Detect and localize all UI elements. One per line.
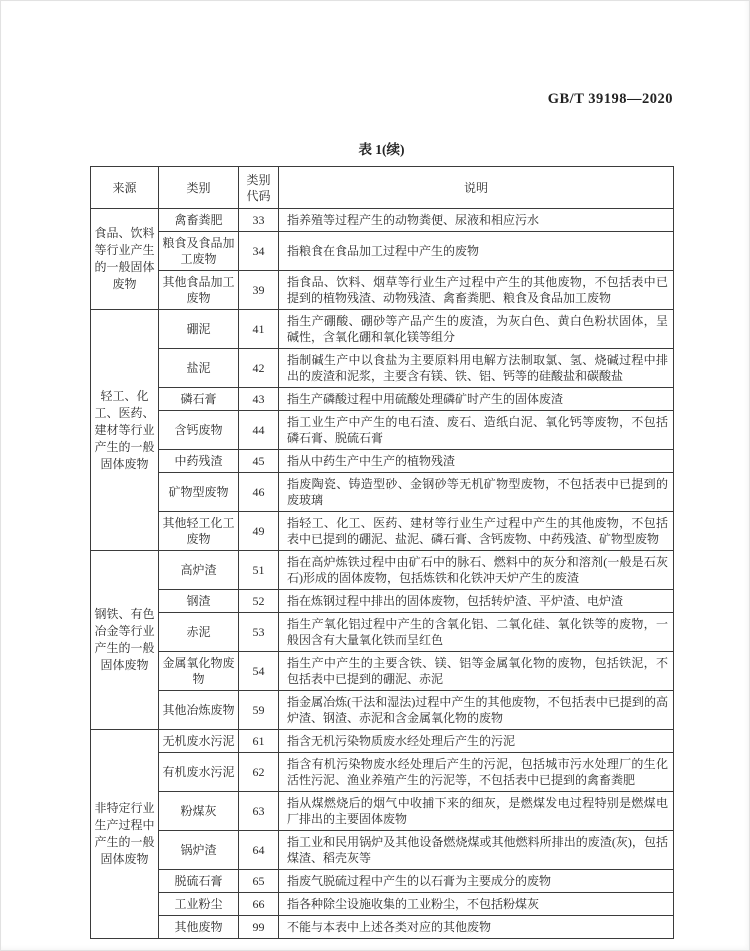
table-row: 其他冶炼废物59指金属冶炼(干法和湿法)过程中产生的其他废物，不包括表中已提到的… — [91, 691, 674, 730]
category-cell: 工业粉尘 — [159, 893, 239, 916]
table-row: 有机废水污泥62指含有机污染物废水经处理后产生的污泥，包括城市污水处理厂的生化活… — [91, 753, 674, 792]
category-cell: 禽畜粪肥 — [159, 209, 239, 232]
category-cell: 锅炉渣 — [159, 831, 239, 870]
code-cell: 52 — [239, 590, 279, 613]
desc-cell: 指含无机污染物质废水经处理后产生的污泥 — [279, 730, 674, 753]
table-row: 工业粉尘66指各种除尘设施收集的工业粉尘，不包括粉煤灰 — [91, 893, 674, 916]
table-row: 轻工、化工、医药、建材等行业产生的一般固体废物硼泥41指生产硼酸、硼砂等产品产生… — [91, 310, 674, 349]
code-cell: 34 — [239, 232, 279, 271]
desc-cell: 不能与本表中上述各类对应的其他废物 — [279, 916, 674, 939]
category-cell: 金属氧化物废物 — [159, 652, 239, 691]
column-header-source: 来源 — [91, 167, 159, 209]
source-cell: 钢铁、有色冶金等行业产生的一般固体废物 — [91, 551, 159, 730]
category-cell: 盐泥 — [159, 349, 239, 388]
code-cell: 64 — [239, 831, 279, 870]
desc-cell: 指食品、饮料、烟草等行业生产过程中产生的其他废物，不包括表中已提到的植物残渣、动… — [279, 271, 674, 310]
document-page: GB/T 39198—2020 表 1(续) 来源 类别 类别 代码 说明 食品… — [0, 0, 750, 951]
category-cell: 磷石膏 — [159, 388, 239, 411]
code-cell: 41 — [239, 310, 279, 349]
desc-cell: 指工业生产中产生的电石渣、废石、造纸白泥、氧化钙等废物，不包括磷石膏、脱硫石膏 — [279, 411, 674, 450]
desc-cell: 指轻工、化工、医药、建材等行业生产过程中产生的其他废物，不包括表中已提到的硼泥、… — [279, 512, 674, 551]
category-cell: 其他废物 — [159, 916, 239, 939]
category-cell: 无机废水污泥 — [159, 730, 239, 753]
table-row: 金属氧化物废物54指生产中产生的主要含铁、镁、铝等金属氧化物的废物，包括铁泥，不… — [91, 652, 674, 691]
category-cell: 其他食品加工废物 — [159, 271, 239, 310]
desc-cell: 指生产氧化铝过程中产生的含氧化铝、二氧化硅、氧化铁等的废物，一般因含有大量氧化铁… — [279, 613, 674, 652]
desc-cell: 指粮食在食品加工过程中产生的废物 — [279, 232, 674, 271]
table-row: 食品、饮料等行业产生的一般固体废物禽畜粪肥33指养殖等过程产生的动物粪便、尿液和… — [91, 209, 674, 232]
source-cell: 非特定行业生产过程中产生的一般固体废物 — [91, 730, 159, 939]
table-row: 钢铁、有色冶金等行业产生的一般固体废物高炉渣51指在高炉炼铁过程中由矿石中的脉石… — [91, 551, 674, 590]
standard-number: GB/T 39198—2020 — [90, 91, 673, 108]
category-cell: 其他冶炼废物 — [159, 691, 239, 730]
desc-cell: 指生产中产生的主要含铁、镁、铝等金属氧化物的废物，包括铁泥，不包括表中已提到的硼… — [279, 652, 674, 691]
code-cell: 46 — [239, 473, 279, 512]
source-cell: 食品、饮料等行业产生的一般固体废物 — [91, 209, 159, 310]
code-cell: 62 — [239, 753, 279, 792]
desc-cell: 指工业和民用锅炉及其他设备燃烧煤或其他燃料所排出的废渣(灰)，包括煤渣、稻壳灰等 — [279, 831, 674, 870]
table-row: 盐泥42指制碱生产中以食盐为主要原料用电解方法制取氯、氢、烧碱过程中排出的废渣和… — [91, 349, 674, 388]
table-row: 粉煤灰63指从煤燃烧后的烟气中收捕下来的细灰，是燃煤发电过程特别是燃煤电厂排出的… — [91, 792, 674, 831]
desc-cell: 指在高炉炼铁过程中由矿石中的脉石、燃料中的灰分和溶剂(一般是石灰石)形成的固体废… — [279, 551, 674, 590]
code-cell: 66 — [239, 893, 279, 916]
code-cell: 65 — [239, 870, 279, 893]
header-row: 来源 类别 类别 代码 说明 — [91, 167, 674, 209]
code-cell: 53 — [239, 613, 279, 652]
desc-cell: 指在炼钢过程中排出的固体废物，包括转炉渣、平炉渣、电炉渣 — [279, 590, 674, 613]
code-cell: 43 — [239, 388, 279, 411]
table-row: 中药残渣45指从中药生产中生产的植物残渣 — [91, 450, 674, 473]
waste-classification-table: 来源 类别 类别 代码 说明 食品、饮料等行业产生的一般固体废物禽畜粪肥33指养… — [90, 166, 674, 939]
desc-cell: 指含有机污染物废水经处理后产生的污泥，包括城市污水处理厂的生化活性污泥、渔业养殖… — [279, 753, 674, 792]
column-header-category: 类别 — [159, 167, 239, 209]
category-cell: 矿物型废物 — [159, 473, 239, 512]
code-cell: 39 — [239, 271, 279, 310]
category-cell: 中药残渣 — [159, 450, 239, 473]
category-cell: 脱硫石膏 — [159, 870, 239, 893]
code-cell: 45 — [239, 450, 279, 473]
category-cell: 钢渣 — [159, 590, 239, 613]
desc-cell: 指生产硼酸、硼砂等产品产生的废渣，为灰白色、黄白色粉状固体，呈碱性，含氧化硼和氧… — [279, 310, 674, 349]
code-cell: 61 — [239, 730, 279, 753]
table-row: 含钙废物44指工业生产中产生的电石渣、废石、造纸白泥、氧化钙等废物，不包括磷石膏… — [91, 411, 674, 450]
code-cell: 33 — [239, 209, 279, 232]
code-cell: 63 — [239, 792, 279, 831]
desc-cell: 指废气脱硫过程中产生的以石膏为主要成分的废物 — [279, 870, 674, 893]
table-row: 脱硫石膏65指废气脱硫过程中产生的以石膏为主要成分的废物 — [91, 870, 674, 893]
category-cell: 赤泥 — [159, 613, 239, 652]
category-cell: 粉煤灰 — [159, 792, 239, 831]
category-cell: 含钙废物 — [159, 411, 239, 450]
source-cell: 轻工、化工、医药、建材等行业产生的一般固体废物 — [91, 310, 159, 551]
category-cell: 有机废水污泥 — [159, 753, 239, 792]
table-row: 粮食及食品加工废物34指粮食在食品加工过程中产生的废物 — [91, 232, 674, 271]
category-cell: 高炉渣 — [159, 551, 239, 590]
desc-cell: 指废陶瓷、铸造型砂、金钢砂等无机矿物型废物，不包括表中已提到的废玻璃 — [279, 473, 674, 512]
desc-cell: 指金属冶炼(干法和湿法)过程中产生的其他废物，不包括表中已提到的高炉渣、钢渣、赤… — [279, 691, 674, 730]
code-cell: 44 — [239, 411, 279, 450]
table-row: 其他轻工化工废物49指轻工、化工、医药、建材等行业生产过程中产生的其他废物，不包… — [91, 512, 674, 551]
category-cell: 硼泥 — [159, 310, 239, 349]
code-cell: 49 — [239, 512, 279, 551]
column-header-code: 类别 代码 — [239, 167, 279, 209]
table-row: 磷石膏43指生产磷酸过程中用硫酸处理磷矿时产生的固体废渣 — [91, 388, 674, 411]
table-row: 矿物型废物46指废陶瓷、铸造型砂、金钢砂等无机矿物型废物，不包括表中已提到的废玻… — [91, 473, 674, 512]
desc-cell: 指各种除尘设施收集的工业粉尘，不包括粉煤灰 — [279, 893, 674, 916]
code-cell: 99 — [239, 916, 279, 939]
table-row: 其他食品加工废物39指食品、饮料、烟草等行业生产过程中产生的其他废物，不包括表中… — [91, 271, 674, 310]
desc-cell: 指生产磷酸过程中用硫酸处理磷矿时产生的固体废渣 — [279, 388, 674, 411]
code-cell: 51 — [239, 551, 279, 590]
code-cell: 42 — [239, 349, 279, 388]
code-cell: 54 — [239, 652, 279, 691]
desc-cell: 指从煤燃烧后的烟气中收捕下来的细灰，是燃煤发电过程特别是燃煤电厂排出的主要固体废… — [279, 792, 674, 831]
table-row: 锅炉渣64指工业和民用锅炉及其他设备燃烧煤或其他燃料所排出的废渣(灰)，包括煤渣… — [91, 831, 674, 870]
table-row: 钢渣52指在炼钢过程中排出的固体废物，包括转炉渣、平炉渣、电炉渣 — [91, 590, 674, 613]
category-cell: 粮食及食品加工废物 — [159, 232, 239, 271]
code-cell: 59 — [239, 691, 279, 730]
desc-cell: 指制碱生产中以食盐为主要原料用电解方法制取氯、氢、烧碱过程中排出的废渣和泥浆，主… — [279, 349, 674, 388]
desc-cell: 指养殖等过程产生的动物粪便、尿液和相应污水 — [279, 209, 674, 232]
column-header-description: 说明 — [279, 167, 674, 209]
table-title: 表 1(续) — [90, 138, 673, 158]
table-row: 其他废物99不能与本表中上述各类对应的其他废物 — [91, 916, 674, 939]
table-row: 非特定行业生产过程中产生的一般固体废物无机废水污泥61指含无机污染物质废水经处理… — [91, 730, 674, 753]
table-row: 赤泥53指生产氧化铝过程中产生的含氧化铝、二氧化硅、氧化铁等的废物，一般因含有大… — [91, 613, 674, 652]
category-cell: 其他轻工化工废物 — [159, 512, 239, 551]
desc-cell: 指从中药生产中生产的植物残渣 — [279, 450, 674, 473]
